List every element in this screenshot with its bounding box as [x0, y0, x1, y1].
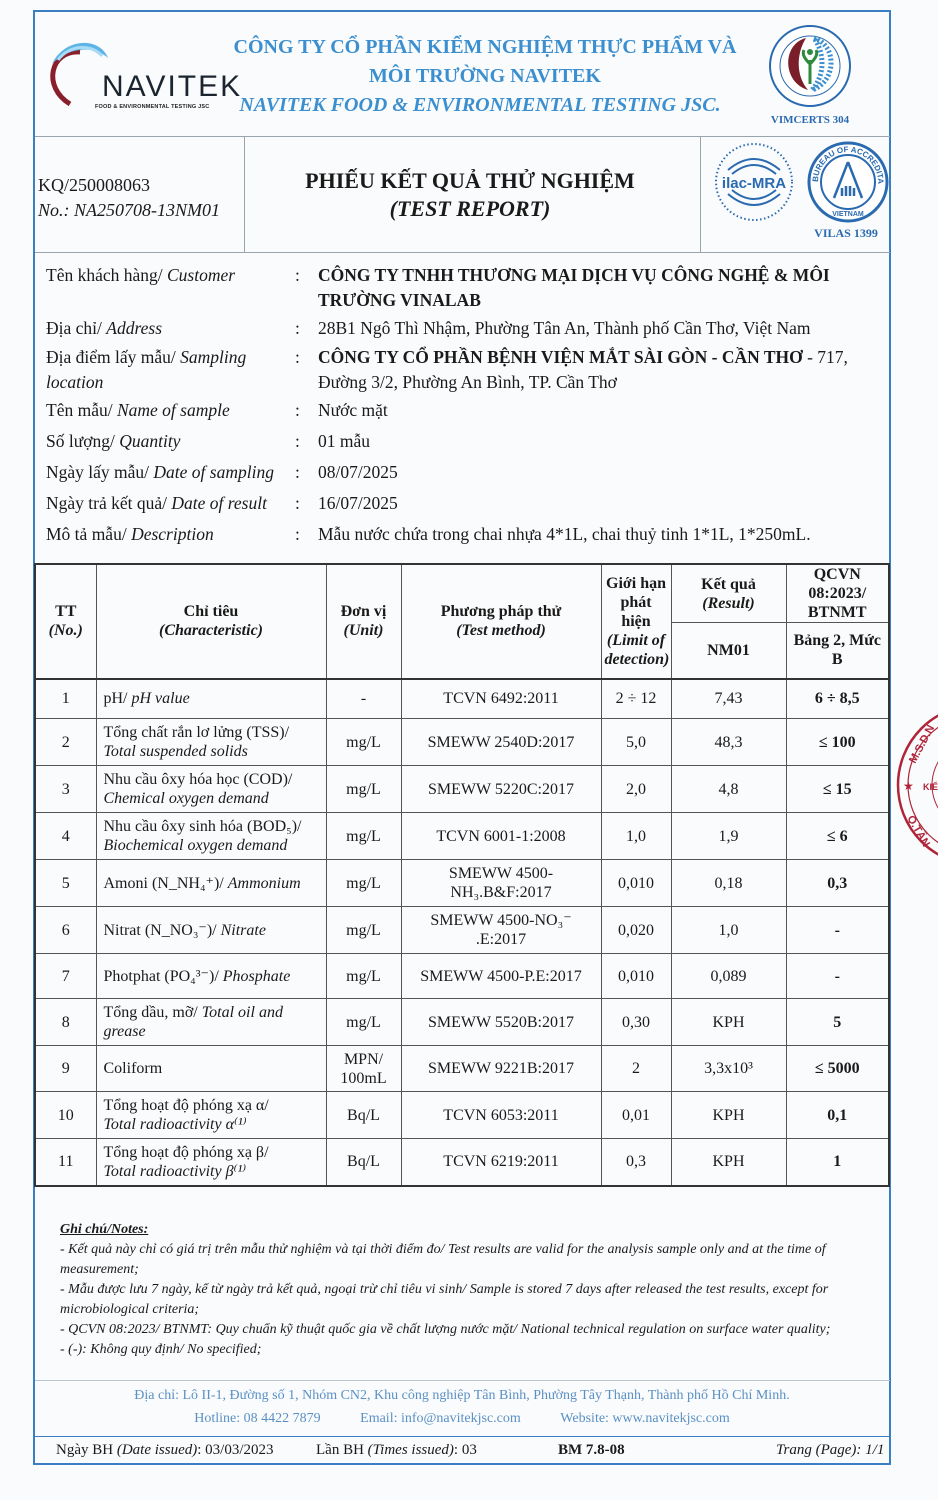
footer-divider-2: [35, 1436, 890, 1437]
cell-unit: mg/L: [326, 999, 401, 1046]
cell-method: TCVN 6001-1:2008: [401, 813, 601, 860]
cell-no: 5: [35, 860, 96, 907]
cell-result: 48,3: [671, 719, 786, 766]
cell-method: TCVN 6219:2011: [401, 1139, 601, 1186]
table-row: 8Tổng dầu, mỡ/ Total oil and greasemg/LS…: [35, 999, 889, 1046]
cell-characteristic: Tổng hoạt độ phóng xạ α/Total radioactiv…: [96, 1092, 326, 1139]
table-row: 3Nhu cầu ôxy hóa học (COD)/Chemical oxyg…: [35, 766, 889, 813]
header-sample-code: NM01: [671, 623, 786, 679]
cell-limit: -: [786, 954, 889, 999]
cell-unit: mg/L: [326, 813, 401, 860]
cell-method: SMEWW 2540D:2017: [401, 719, 601, 766]
cell-limit: ≤ 100: [786, 719, 889, 766]
cell-limit: -: [786, 907, 889, 954]
navitek-logo-icon: NAVITEK FOOD & ENVIRONMENTAL TESTING JSC: [40, 32, 200, 112]
info-label-en: Name of sample: [117, 400, 230, 420]
cell-lod: 0,010: [601, 954, 671, 999]
page-number: Trang (Page): 1/1: [776, 1442, 884, 1459]
cell-result: 0,18: [671, 860, 786, 907]
table-row: 2Tổng chất rắn lơ lửng (TSS)/Total suspe…: [35, 719, 889, 766]
cell-characteristic: Tổng dầu, mỡ/ Total oil and grease: [96, 999, 326, 1046]
cell-no: 1: [35, 679, 96, 719]
cell-result: 1,0: [671, 907, 786, 954]
cell-result: 3,3x10³: [671, 1046, 786, 1092]
cell-result: 4,8: [671, 766, 786, 813]
times-issued: Lần BH (Times issued): 03: [316, 1442, 477, 1459]
info-label: Địa điểm lấy mẫu/: [46, 347, 180, 367]
cell-characteristic: Nhu cầu ôxy hóa học (COD)/Chemical oxyge…: [96, 766, 326, 813]
cell-no: 6: [35, 907, 96, 954]
sample-name-value: Nước mặt: [318, 398, 878, 423]
header-result: Kết quả(Result): [671, 564, 786, 623]
header-characteristic: Chỉ tiêu(Characteristic): [96, 564, 326, 679]
cell-limit: ≤ 15: [786, 766, 889, 813]
note-item: - (-): Không quy định/ No specified;: [60, 1340, 890, 1360]
cell-no: 2: [35, 719, 96, 766]
cell-unit: Bq/L: [326, 1092, 401, 1139]
cell-characteristic: Tổng chất rắn lơ lửng (TSS)/Total suspen…: [96, 719, 326, 766]
cell-no: 3: [35, 766, 96, 813]
header-no: TT(No.): [35, 564, 96, 679]
cell-lod: 2,0: [601, 766, 671, 813]
info-label-en: Customer: [167, 265, 235, 285]
cell-lod: 5,0: [601, 719, 671, 766]
note-item: - Mẫu được lưu 7 ngày, kể từ ngày trả kế…: [60, 1280, 890, 1320]
table-row: 4Nhu cầu ôxy sinh hóa (BOD₅)/Biochemical…: [35, 813, 889, 860]
ilac-mra-icon: ilac-MRA: [712, 140, 796, 224]
cell-method: TCVN 6053:2011: [401, 1092, 601, 1139]
info-label: Ngày lấy mẫu/: [46, 462, 153, 482]
cell-lod: 2: [601, 1046, 671, 1092]
quantity-value: 01 mẫu: [318, 429, 878, 454]
cell-unit: MPN/ 100mL: [326, 1046, 401, 1092]
cell-no: 7: [35, 954, 96, 999]
footer-email[interactable]: Email: info@navitekjsc.com: [360, 1411, 521, 1426]
table-row: 11Tổng hoạt độ phóng xạ β/Total radioact…: [35, 1139, 889, 1186]
cell-characteristic: Coliform: [96, 1046, 326, 1092]
results-table: TT(No.) Chỉ tiêu(Characteristic) Đơn vị(…: [34, 563, 890, 1187]
footer-hotline: Hotline: 08 4422 7879: [194, 1411, 320, 1426]
cell-unit: mg/L: [326, 860, 401, 907]
cell-unit: Bq/L: [326, 1139, 401, 1186]
cell-method: SMEWW 4500-NO₃⁻ .E:2017: [401, 907, 601, 954]
info-label-en: Description: [131, 524, 214, 544]
notes-title: Ghi chú/Notes:: [60, 1220, 890, 1240]
notes-section: Ghi chú/Notes: - Kết quả này chỉ có giá …: [60, 1220, 890, 1360]
date-issued: Ngày BH (Date issued): 03/03/2023: [56, 1442, 274, 1459]
vimcerts-caption: VIMCERTS 304: [760, 114, 860, 126]
customer-value: CÔNG TY TNHH THƯƠNG MẠI DỊCH VỤ CÔNG NGH…: [318, 263, 878, 313]
svg-text:Q.TÂN: Q.TÂN: [904, 813, 932, 849]
svg-text:KIỂ: KIỂ: [923, 781, 938, 792]
info-label-en: Quantity: [119, 431, 180, 451]
note-item: - QCVN 08:2023/ BTNMT: Quy chuẩn kỹ thuậ…: [60, 1320, 890, 1340]
header-divider-bottom: [35, 252, 890, 253]
header-divider-left: [244, 137, 245, 252]
cell-method: TCVN 6492:2011: [401, 679, 601, 719]
footer-divider: [35, 1380, 890, 1381]
cell-unit: -: [326, 679, 401, 719]
footer-website[interactable]: Website: www.navitekjsc.com: [560, 1411, 729, 1426]
footer-address: Địa chỉ: Lô II-1, Đường số 1, Nhóm CN2, …: [36, 1388, 888, 1404]
cell-characteristic: Tổng hoạt độ phóng xạ β/Total radioactiv…: [96, 1139, 326, 1186]
company-name-en: NAVITEK FOOD & ENVIRONMENTAL TESTING JSC…: [225, 94, 735, 117]
svg-text:M.S.D.N: M.S.D.N: [907, 723, 937, 765]
cell-method: SMEWW 5220C:2017: [401, 766, 601, 813]
cell-lod: 0,3: [601, 1139, 671, 1186]
address-value: 28B1 Ngô Thì Nhậm, Phường Tân An, Thành …: [318, 316, 878, 341]
report-code: KQ/250008063: [38, 175, 150, 196]
tai-nguyen-moi-truong-emblem-icon: [768, 24, 852, 108]
svg-text:VIETNAM: VIETNAM: [832, 211, 864, 218]
cell-lod: 1,0: [601, 813, 671, 860]
cell-result: 0,089: [671, 954, 786, 999]
cell-lod: 0,020: [601, 907, 671, 954]
bureau-of-accreditation-icon: BUREAU OF ACCREDITATION VIETNAM: [806, 140, 890, 224]
cell-method: SMEWW 9221B:2017: [401, 1046, 601, 1092]
cell-no: 10: [35, 1092, 96, 1139]
info-label-en: Date of sampling: [153, 462, 274, 482]
cell-method: SMEWW 5520B:2017: [401, 999, 601, 1046]
cell-result: KPH: [671, 999, 786, 1046]
info-label: Mô tả mẫu/: [46, 524, 131, 544]
cell-unit: mg/L: [326, 719, 401, 766]
table-row: 9ColiformMPN/ 100mLSMEWW 9221B:201723,3x…: [35, 1046, 889, 1092]
table-row: 6Nitrat (N_NO₃⁻)/ Nitratemg/LSMEWW 4500-…: [35, 907, 889, 954]
logo-name: NAVITEK: [102, 70, 242, 104]
cell-no: 11: [35, 1139, 96, 1186]
cell-lod: 2 ÷ 12: [601, 679, 671, 719]
cell-characteristic: Amoni (N_NH₄⁺)/ Ammonium: [96, 860, 326, 907]
info-label-en: Address: [106, 318, 162, 338]
info-label: Tên mẫu/: [46, 400, 117, 420]
info-label: Ngày trả kết quả/: [46, 493, 171, 513]
cell-unit: mg/L: [326, 766, 401, 813]
cell-method: SMEWW 4500-P.E:2017: [401, 954, 601, 999]
cell-limit: ≤ 5000: [786, 1046, 889, 1092]
cell-characteristic: Nitrat (N_NO₃⁻)/ Nitrate: [96, 907, 326, 954]
info-label: Tên khách hàng/: [46, 265, 167, 285]
form-code: BM 7.8-08: [558, 1442, 625, 1459]
header-method: Phương pháp thử(Test method): [401, 564, 601, 679]
company-name-vi-line1: CÔNG TY CỔ PHẦN KIỂM NGHIỆM THỰC PHẨM VÀ: [230, 36, 740, 59]
cell-unit: mg/L: [326, 954, 401, 999]
description-value: Mẫu nước chứa trong chai nhựa 4*1L, chai…: [318, 522, 878, 547]
report-title-en: (TEST REPORT): [245, 196, 695, 222]
cell-limit: 0,3: [786, 860, 889, 907]
cell-unit: mg/L: [326, 907, 401, 954]
cell-lod: 0,01: [601, 1092, 671, 1139]
cell-no: 8: [35, 999, 96, 1046]
cell-result: 1,9: [671, 813, 786, 860]
header-divider: [35, 136, 890, 137]
cell-limit: 0,1: [786, 1092, 889, 1139]
report-title-vi: PHIẾU KẾT QUẢ THỬ NGHIỆM: [245, 168, 695, 194]
note-item: - Kết quả này chỉ có giá trị trên mẫu th…: [60, 1240, 890, 1280]
info-label: Địa chỉ/: [46, 318, 106, 338]
header-lod: Giới hạn phát hiện(Limit of detection): [601, 564, 671, 679]
table-row: 10Tổng hoạt độ phóng xạ α/Total radioact…: [35, 1092, 889, 1139]
sampling-location-value: CÔNG TY CỔ PHẦN BỆNH VIỆN MẮT SÀI GÒN - …: [318, 345, 878, 395]
sampling-date-value: 08/07/2025: [318, 460, 878, 485]
vilas-caption: VILAS 1399: [796, 226, 896, 241]
cell-limit: ≤ 6: [786, 813, 889, 860]
info-label-en: Date of result: [171, 493, 267, 513]
result-date-value: 16/07/2025: [318, 491, 878, 516]
red-company-stamp-icon: M.S.D.N ★ KIỂ Q.TÂN: [893, 700, 938, 870]
header-standard: QCVN 08:2023/ BTNMT: [786, 564, 889, 623]
cell-no: 9: [35, 1046, 96, 1092]
info-label: Số lượng/: [46, 431, 119, 451]
table-row: 7Photphat (PO₄³⁻)/ Phosphatemg/LSMEWW 45…: [35, 954, 889, 999]
company-name-vi-line2: MÔI TRƯỜNG NAVITEK: [230, 65, 740, 88]
cell-limit: 5: [786, 999, 889, 1046]
header-unit: Đơn vị(Unit): [326, 564, 401, 679]
header-divider-right: [700, 137, 701, 252]
table-row: 1pH/ pH value-TCVN 6492:20112 ÷ 127,436 …: [35, 679, 889, 719]
cell-result: KPH: [671, 1092, 786, 1139]
logo-subtitle: FOOD & ENVIRONMENTAL TESTING JSC: [95, 104, 209, 110]
cell-no: 4: [35, 813, 96, 860]
cell-characteristic: Photphat (PO₄³⁻)/ Phosphate: [96, 954, 326, 999]
cell-method: SMEWW 4500-NH₃.B&F:2017: [401, 860, 601, 907]
svg-text:ilac-MRA: ilac-MRA: [722, 175, 786, 192]
report-number: No.: NA250708-13NM01: [38, 200, 220, 221]
footer-contacts: Hotline: 08 4422 7879 Email: info@navite…: [36, 1411, 888, 1427]
cell-lod: 0,010: [601, 860, 671, 907]
cell-limit: 6 ÷ 8,5: [786, 679, 889, 719]
cell-characteristic: pH/ pH value: [96, 679, 326, 719]
header-standard-level: Bảng 2, Mức B: [786, 623, 889, 679]
cell-result: 7,43: [671, 679, 786, 719]
cell-limit: 1: [786, 1139, 889, 1186]
cell-result: KPH: [671, 1139, 786, 1186]
cell-lod: 0,30: [601, 999, 671, 1046]
table-row: 5Amoni (N_NH₄⁺)/ Ammoniummg/LSMEWW 4500-…: [35, 860, 889, 907]
svg-text:★: ★: [903, 779, 914, 793]
cell-characteristic: Nhu cầu ôxy sinh hóa (BOD₅)/Biochemical …: [96, 813, 326, 860]
